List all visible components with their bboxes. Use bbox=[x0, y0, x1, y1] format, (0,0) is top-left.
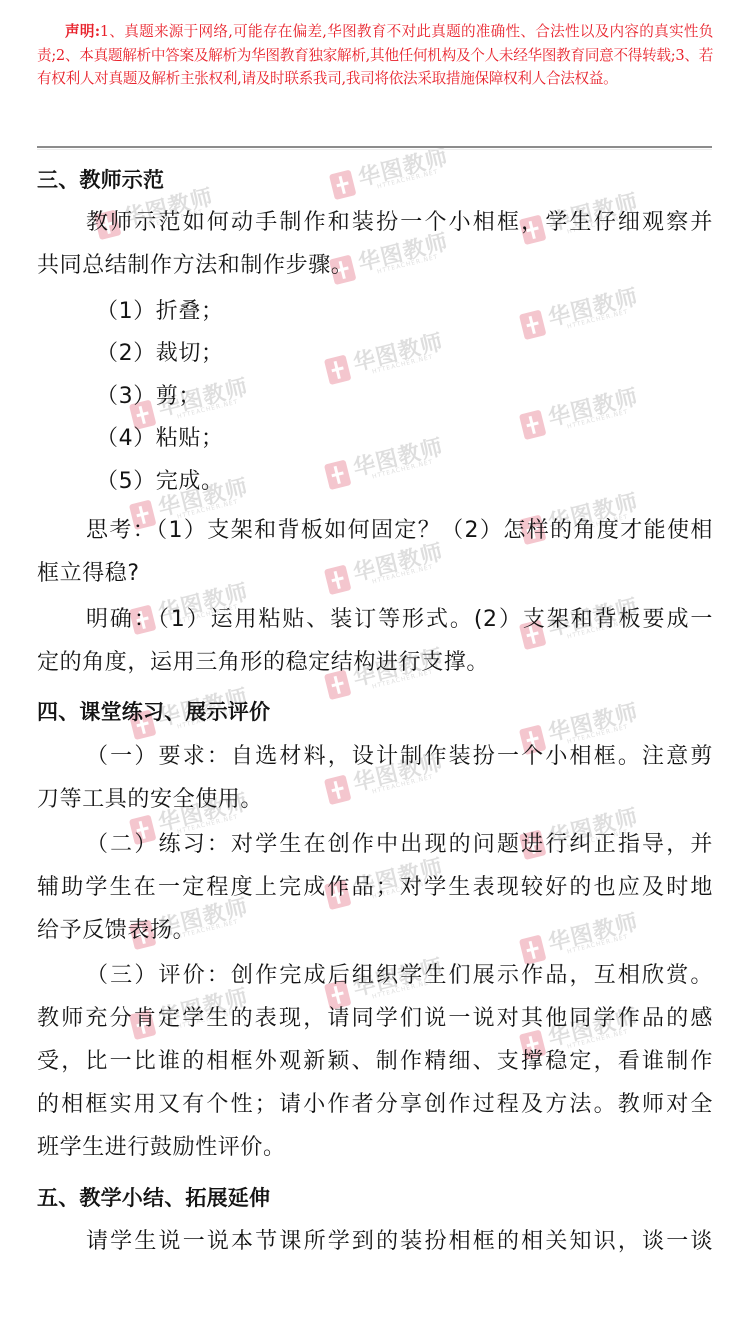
paragraph-line: 定的角度，运用三角形的稳定结构进行支撑。 bbox=[37, 648, 713, 678]
paragraph-line: （三）评价：创作完成后组织学生们展示作品，互相欣赏。 bbox=[86, 961, 713, 991]
header-divider bbox=[37, 146, 712, 148]
section-heading-practice-evaluation: 四、课堂练习、展示评价 bbox=[37, 697, 713, 727]
step-item: （3）剪； bbox=[96, 382, 748, 412]
paragraph-line: 明确：（1）运用粘贴、装订等形式。(2）支架和背板要成一 bbox=[86, 605, 713, 635]
step-item: （5）完成。 bbox=[96, 467, 748, 497]
step-item: （2）裁切； bbox=[96, 339, 748, 369]
disclaimer-text: 声明:1、真题来源于网络,可能存在偏差,华图教育不对此真题的准确性、合法性以及内… bbox=[37, 20, 713, 91]
disclaimer-label: 声明: bbox=[65, 23, 100, 40]
paragraph-line: 框立得稳? bbox=[37, 559, 713, 589]
paragraph-line: 受，比一比谁的相框外观新颖、制作精细、支撑稳定，看谁制作 bbox=[37, 1047, 713, 1077]
section-heading-summary-extension: 五、教学小结、拓展延伸 bbox=[37, 1183, 713, 1213]
paragraph-line: （二）练习：对学生在创作中出现的问题进行纠正指导，并 bbox=[86, 830, 713, 860]
paragraph-line: （一）要求：自选材料，设计制作装扮一个小相框。注意剪 bbox=[86, 742, 713, 772]
disclaimer-body: 1、真题来源于网络,可能存在偏差,华图教育不对此真题的准确性、合法性以及内容的真… bbox=[37, 23, 713, 87]
paragraph-line: 的相框实用又有个性；请小作者分享创作过程及方法。教师对全 bbox=[37, 1090, 713, 1120]
paragraph-line: 给予反馈表扬。 bbox=[37, 916, 713, 946]
paragraph-line: 刀等工具的安全使用。 bbox=[37, 785, 713, 815]
document-page: 华图教师HTTEACHER.NET 华图教师HTTEACHER.NET 华图教师… bbox=[0, 0, 748, 1335]
paragraph-line: 思考：（1）支架和背板如何固定？（2）怎样的角度才能使相 bbox=[86, 516, 713, 546]
step-item: （4）粘贴； bbox=[96, 424, 748, 454]
paragraph-line: 教师示范如何动手制作和装扮一个小相框，学生仔细观察并 bbox=[86, 208, 713, 238]
paragraph-line: 共同总结制作方法和制作步骤。 bbox=[37, 251, 713, 281]
section-heading-teacher-demo: 三、教师示范 bbox=[37, 165, 713, 195]
step-item: （1）折叠； bbox=[96, 297, 748, 327]
paragraph-line: 请学生说一说本节课所学到的装扮相框的相关知识，谈一谈 bbox=[86, 1227, 713, 1257]
paragraph-line: 辅助学生在一定程度上完成作品；对学生表现较好的也应及时地 bbox=[37, 873, 713, 903]
paragraph-line: 班学生进行鼓励性评价。 bbox=[37, 1133, 713, 1163]
paragraph-line: 教师充分肯定学生的表现，请同学们说一说对其他同学作品的感 bbox=[37, 1004, 713, 1034]
